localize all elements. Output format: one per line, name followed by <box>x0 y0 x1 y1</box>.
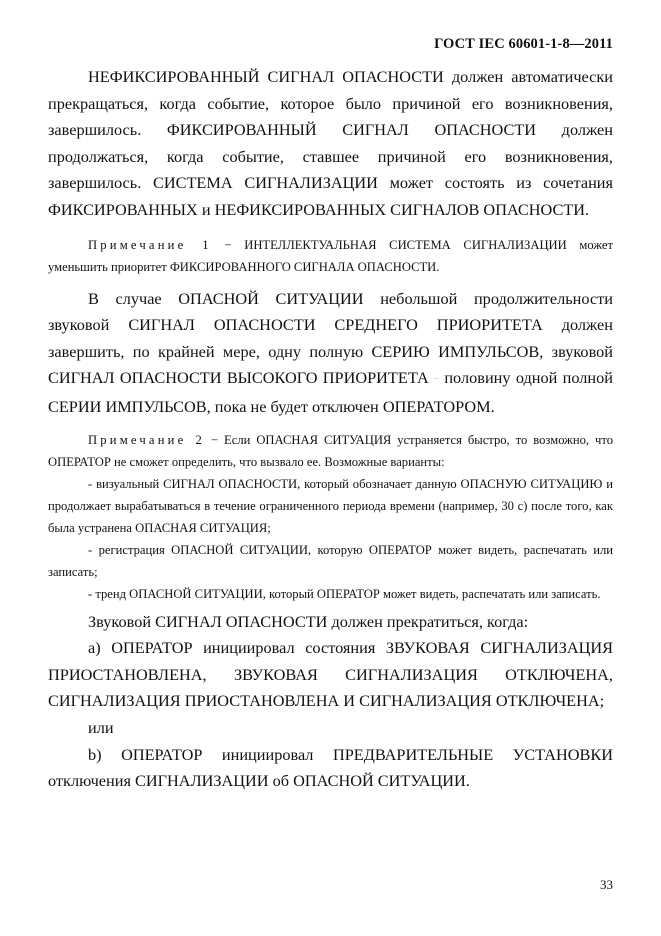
document-header: ГОСТ IEC 60601-1-8—2011 <box>434 36 613 53</box>
paragraph-short-hazard: В случае ОПАСНОЙ СИТУАЦИИ небольшой прод… <box>48 286 613 421</box>
list-item-a: a) ОПЕРАТОР инициировал состояния ЗВУКОВ… <box>48 635 613 715</box>
page-number: 33 <box>600 877 613 893</box>
note-2-item: - визуальный СИГНАЛ ОПАСНОСТИ, который о… <box>48 473 613 539</box>
list-connector-or: или <box>48 715 613 742</box>
spacer <box>48 278 613 286</box>
note-2-item: - регистрация ОПАСНОЙ СИТУАЦИИ, которую … <box>48 539 613 583</box>
note-1-label: Примечание 1 <box>88 238 212 252</box>
list-item-b: b) ОПЕРАТОР инициировал ПРЕДВАРИТЕЛЬНЫЕ … <box>48 742 613 795</box>
paragraph-latching-signals: НЕФИКСИРОВАННЫЙ СИГНАЛ ОПАСНОСТИ должен … <box>48 64 613 224</box>
page-body: НЕФИКСИРОВАННЫЙ СИГНАЛ ОПАСНОСТИ должен … <box>48 64 613 795</box>
paragraph-audio-stop: Звуковой СИГНАЛ ОПАСНОСТИ должен прекрат… <box>48 609 613 636</box>
note-2-label: Примечание 2 <box>88 433 205 447</box>
spacer <box>48 224 613 234</box>
note-2: Примечание 2 − Если ОПАСНАЯ СИТУАЦИЯ уст… <box>48 429 613 473</box>
spacer <box>48 421 613 429</box>
note-1: Примечание 1 − ИНТЕЛЛЕКТУАЛЬНАЯ СИСТЕМА … <box>48 234 613 278</box>
note-2-item: - тренд ОПАСНОЙ СИТУАЦИИ, который ОПЕРАТ… <box>48 583 613 605</box>
